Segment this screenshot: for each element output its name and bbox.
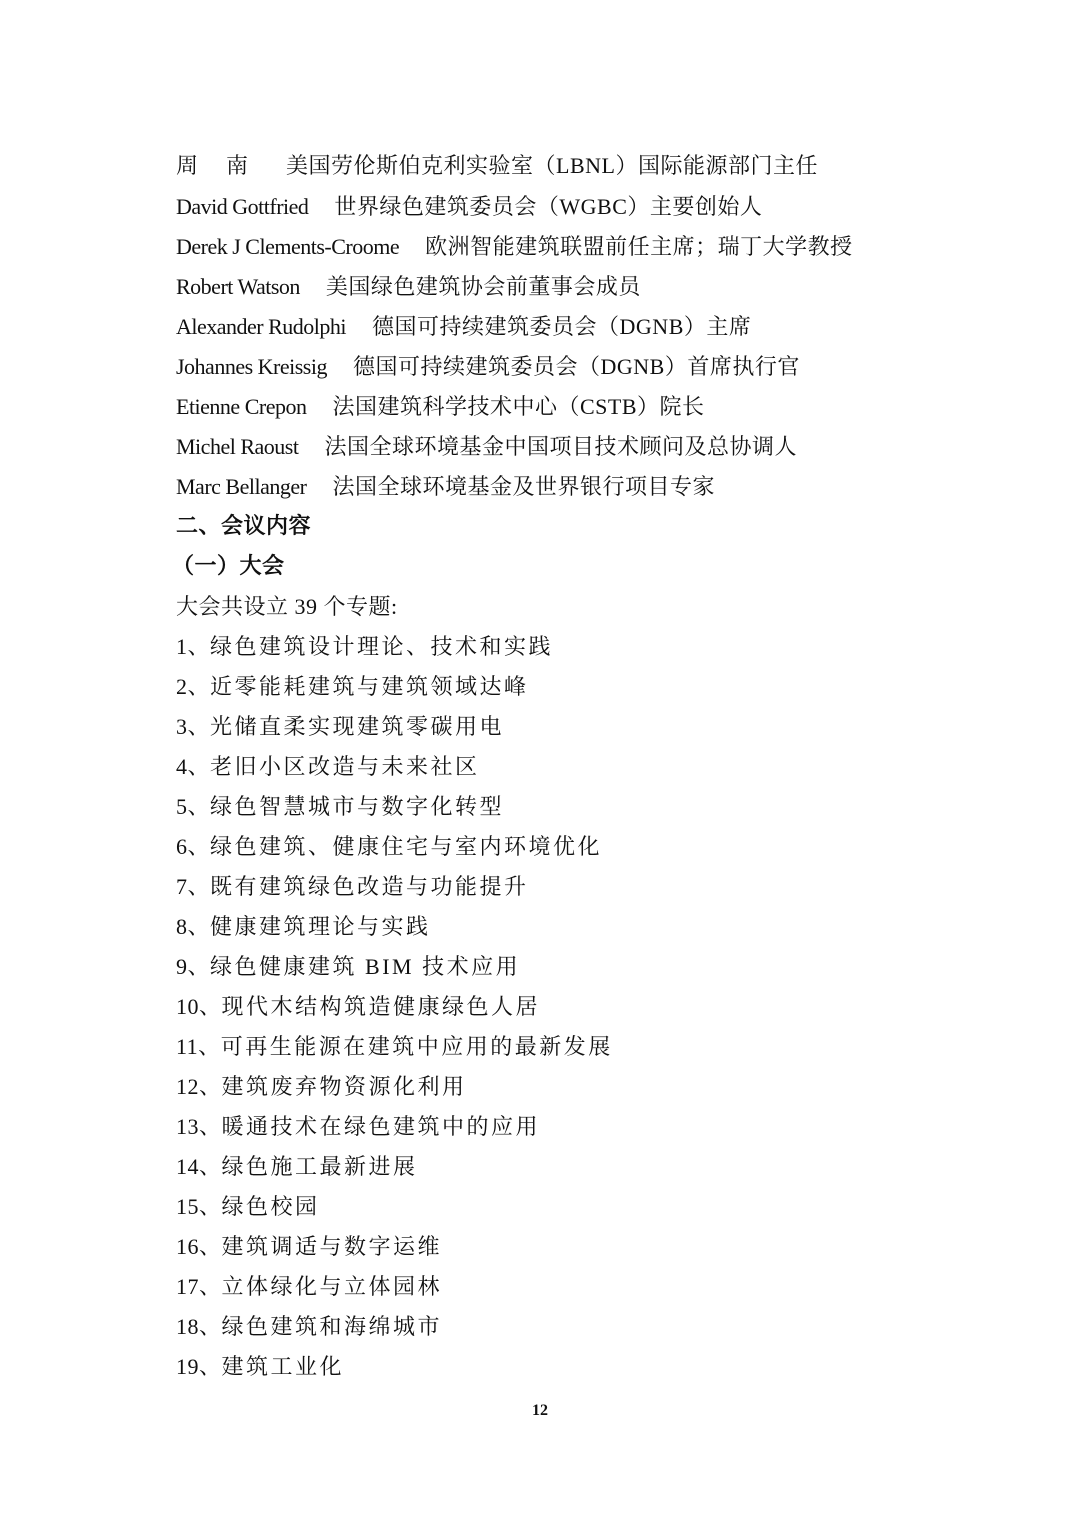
person-title: 德国可持续建筑委员会（DGNB）主席 — [372, 314, 751, 339]
item-text: 可再生能源在建筑中应用的最新发展 — [221, 1034, 613, 1059]
list-item: 17、立体绿化与立体园林 — [176, 1267, 442, 1307]
section-intro: 大会共设立 39 个专题: — [176, 587, 398, 627]
item-number: 12、 — [176, 1067, 222, 1107]
item-text: 老旧小区改造与未来社区 — [210, 754, 480, 779]
person-title: 世界绿色建筑委员会（WGBC）主要创始人 — [334, 194, 762, 219]
item-number: 13、 — [176, 1107, 222, 1147]
section-subheading: （一）大会 — [172, 547, 285, 587]
list-item: 13、暖通技术在绿色建筑中的应用 — [176, 1107, 540, 1147]
person-row: Etienne Crepon法国建筑科学技术中心（CSTB）院长 — [176, 387, 705, 427]
item-text: 绿色建筑、健康住宅与室内环境优化 — [210, 834, 602, 859]
item-number: 19、 — [176, 1347, 222, 1387]
item-text: 绿色施工最新进展 — [222, 1154, 418, 1179]
item-text: 绿色智慧城市与数字化转型 — [210, 794, 504, 819]
person-name: 周南 — [176, 146, 276, 186]
person-title: 欧洲智能建筑联盟前任主席；瑞丁大学教授 — [425, 234, 853, 259]
person-title: 美国劳伦斯伯克利实验室（LBNL）国际能源部门主任 — [286, 153, 818, 178]
item-number: 11、 — [176, 1027, 221, 1067]
item-number: 2、 — [176, 667, 210, 707]
item-text: 绿色健康建筑 BIM 技术应用 — [210, 954, 520, 979]
list-item: 5、绿色智慧城市与数字化转型 — [176, 787, 504, 827]
item-text: 现代木结构筑造健康绿色人居 — [222, 994, 541, 1019]
list-item: 1、绿色建筑设计理论、技术和实践 — [176, 627, 553, 667]
person-title: 美国绿色建筑协会前董事会成员 — [326, 274, 641, 299]
person-row: Robert Watson美国绿色建筑协会前董事会成员 — [176, 267, 641, 307]
item-number: 16、 — [176, 1227, 222, 1267]
person-title: 法国建筑科学技术中心（CSTB）院长 — [332, 394, 704, 419]
item-text: 绿色建筑设计理论、技术和实践 — [210, 634, 553, 659]
list-item: 18、绿色建筑和海绵城市 — [176, 1307, 442, 1347]
document-page: 周南美国劳伦斯伯克利实验室（LBNL）国际能源部门主任 David Gottfr… — [0, 0, 1080, 1527]
person-title: 德国可持续建筑委员会（DGNB）首席执行官 — [353, 354, 800, 379]
person-row: Derek J Clements-Croome欧洲智能建筑联盟前任主席；瑞丁大学… — [176, 227, 853, 267]
list-item: 19、建筑工业化 — [176, 1347, 344, 1387]
item-text: 绿色校园 — [222, 1194, 320, 1219]
item-text: 健康建筑理论与实践 — [210, 914, 431, 939]
item-number: 14、 — [176, 1147, 222, 1187]
item-number: 7、 — [176, 867, 210, 907]
person-name: Marc Bellanger — [176, 467, 306, 507]
item-text: 既有建筑绿色改造与功能提升 — [210, 874, 529, 899]
list-item: 15、绿色校园 — [176, 1187, 320, 1227]
person-name: Alexander Rudolphi — [176, 307, 346, 347]
list-item: 11、可再生能源在建筑中应用的最新发展 — [176, 1027, 613, 1067]
person-row: Johannes Kreissig德国可持续建筑委员会（DGNB）首席执行官 — [176, 347, 800, 387]
item-number: 15、 — [176, 1187, 222, 1227]
person-name: Etienne Crepon — [176, 387, 306, 427]
person-row: Marc Bellanger法国全球环境基金及世界银行项目专家 — [176, 467, 715, 507]
item-text: 绿色建筑和海绵城市 — [222, 1314, 443, 1339]
person-name: David Gottfried — [176, 187, 308, 227]
item-number: 1、 — [176, 627, 210, 667]
item-text: 近零能耗建筑与建筑领域达峰 — [210, 674, 529, 699]
item-text: 建筑工业化 — [222, 1354, 345, 1379]
list-item: 7、既有建筑绿色改造与功能提升 — [176, 867, 529, 907]
item-number: 4、 — [176, 747, 210, 787]
person-name: Derek J Clements-Croome — [176, 227, 399, 267]
item-number: 18、 — [176, 1307, 222, 1347]
list-item: 10、现代木结构筑造健康绿色人居 — [176, 987, 540, 1027]
item-text: 光储直柔实现建筑零碳用电 — [210, 714, 504, 739]
item-number: 8、 — [176, 907, 210, 947]
list-item: 16、建筑调适与数字运维 — [176, 1227, 442, 1267]
person-name: Johannes Kreissig — [176, 347, 327, 387]
list-item: 3、光储直柔实现建筑零碳用电 — [176, 707, 504, 747]
item-text: 立体绿化与立体园林 — [222, 1274, 443, 1299]
person-name: Michel Raoust — [176, 427, 298, 467]
list-item: 4、老旧小区改造与未来社区 — [176, 747, 480, 787]
page-number: 12 — [0, 1402, 1080, 1420]
item-number: 5、 — [176, 787, 210, 827]
item-number: 9、 — [176, 947, 210, 987]
person-row: Alexander Rudolphi德国可持续建筑委员会（DGNB）主席 — [176, 307, 751, 347]
list-item: 9、绿色健康建筑 BIM 技术应用 — [176, 947, 520, 987]
person-row: David Gottfried世界绿色建筑委员会（WGBC）主要创始人 — [176, 187, 762, 227]
item-number: 3、 — [176, 707, 210, 747]
item-number: 6、 — [176, 827, 210, 867]
person-row: Michel Raoust法国全球环境基金中国项目技术顾问及总协调人 — [176, 427, 797, 467]
list-item: 8、健康建筑理论与实践 — [176, 907, 431, 947]
item-number: 10、 — [176, 987, 222, 1027]
person-name: Robert Watson — [176, 267, 300, 307]
person-title: 法国全球环境基金及世界银行项目专家 — [332, 474, 715, 499]
item-number: 17、 — [176, 1267, 222, 1307]
section-heading: 二、会议内容 — [176, 507, 311, 547]
item-text: 暖通技术在绿色建筑中的应用 — [222, 1114, 541, 1139]
list-item: 6、绿色建筑、健康住宅与室内环境优化 — [176, 827, 602, 867]
person-title: 法国全球环境基金中国项目技术顾问及总协调人 — [324, 434, 797, 459]
list-item: 12、建筑废弃物资源化利用 — [176, 1067, 467, 1107]
person-row: 周南美国劳伦斯伯克利实验室（LBNL）国际能源部门主任 — [176, 146, 818, 186]
list-item: 2、近零能耗建筑与建筑领域达峰 — [176, 667, 529, 707]
item-text: 建筑调适与数字运维 — [222, 1234, 443, 1259]
list-item: 14、绿色施工最新进展 — [176, 1147, 418, 1187]
item-text: 建筑废弃物资源化利用 — [222, 1074, 467, 1099]
